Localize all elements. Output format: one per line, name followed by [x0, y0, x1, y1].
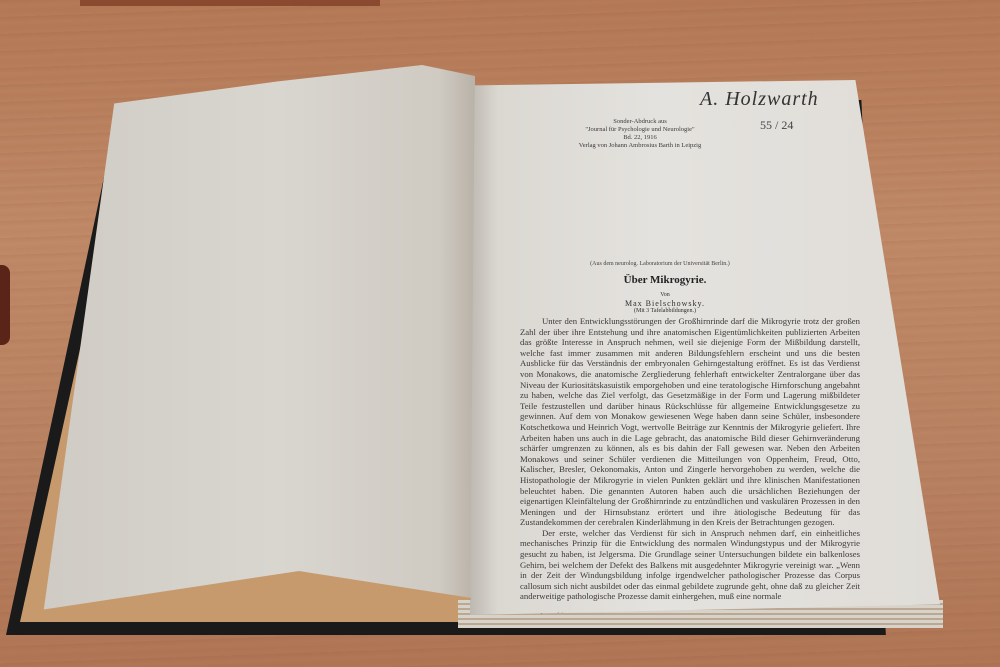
offprint-line: Verlag von Johann Ambrosius Barth in Lei…	[530, 142, 750, 150]
plates-note: (Mit 3 Tafelabbildungen.)	[550, 308, 780, 314]
offprint-line: "Journal für Psychologie und Neurologie"	[530, 126, 750, 134]
paragraph: Unter den Entwicklungsstörungen der Groß…	[520, 316, 860, 528]
offprint-header: Sonder-Abdruck aus "Journal für Psycholo…	[530, 118, 750, 150]
article-body: Unter den Entwicklungsstörungen der Groß…	[520, 316, 860, 602]
background-object	[80, 0, 380, 6]
offprint-line: Bd. 22, 1916	[530, 134, 750, 142]
left-page-blank	[35, 65, 475, 615]
by-line: Von	[550, 292, 780, 298]
handwritten-signature: A. Holzwarth	[700, 88, 819, 111]
handwritten-number: 55 / 24	[760, 118, 793, 133]
background-object-left	[0, 265, 10, 345]
right-page: A. Holzwarth 55 / 24 Sonder-Abdruck aus …	[470, 80, 940, 615]
paragraph: Der erste, welcher das Verdienst für sic…	[520, 528, 860, 602]
institution-line: (Aus dem neurolog. Laboratorium der Univ…	[540, 261, 780, 267]
offprint-line: Sonder-Abdruck aus	[530, 118, 750, 126]
author-name: Max Bielschowsky.	[550, 299, 780, 308]
article-title: Über Mikrogyrie.	[550, 274, 780, 286]
